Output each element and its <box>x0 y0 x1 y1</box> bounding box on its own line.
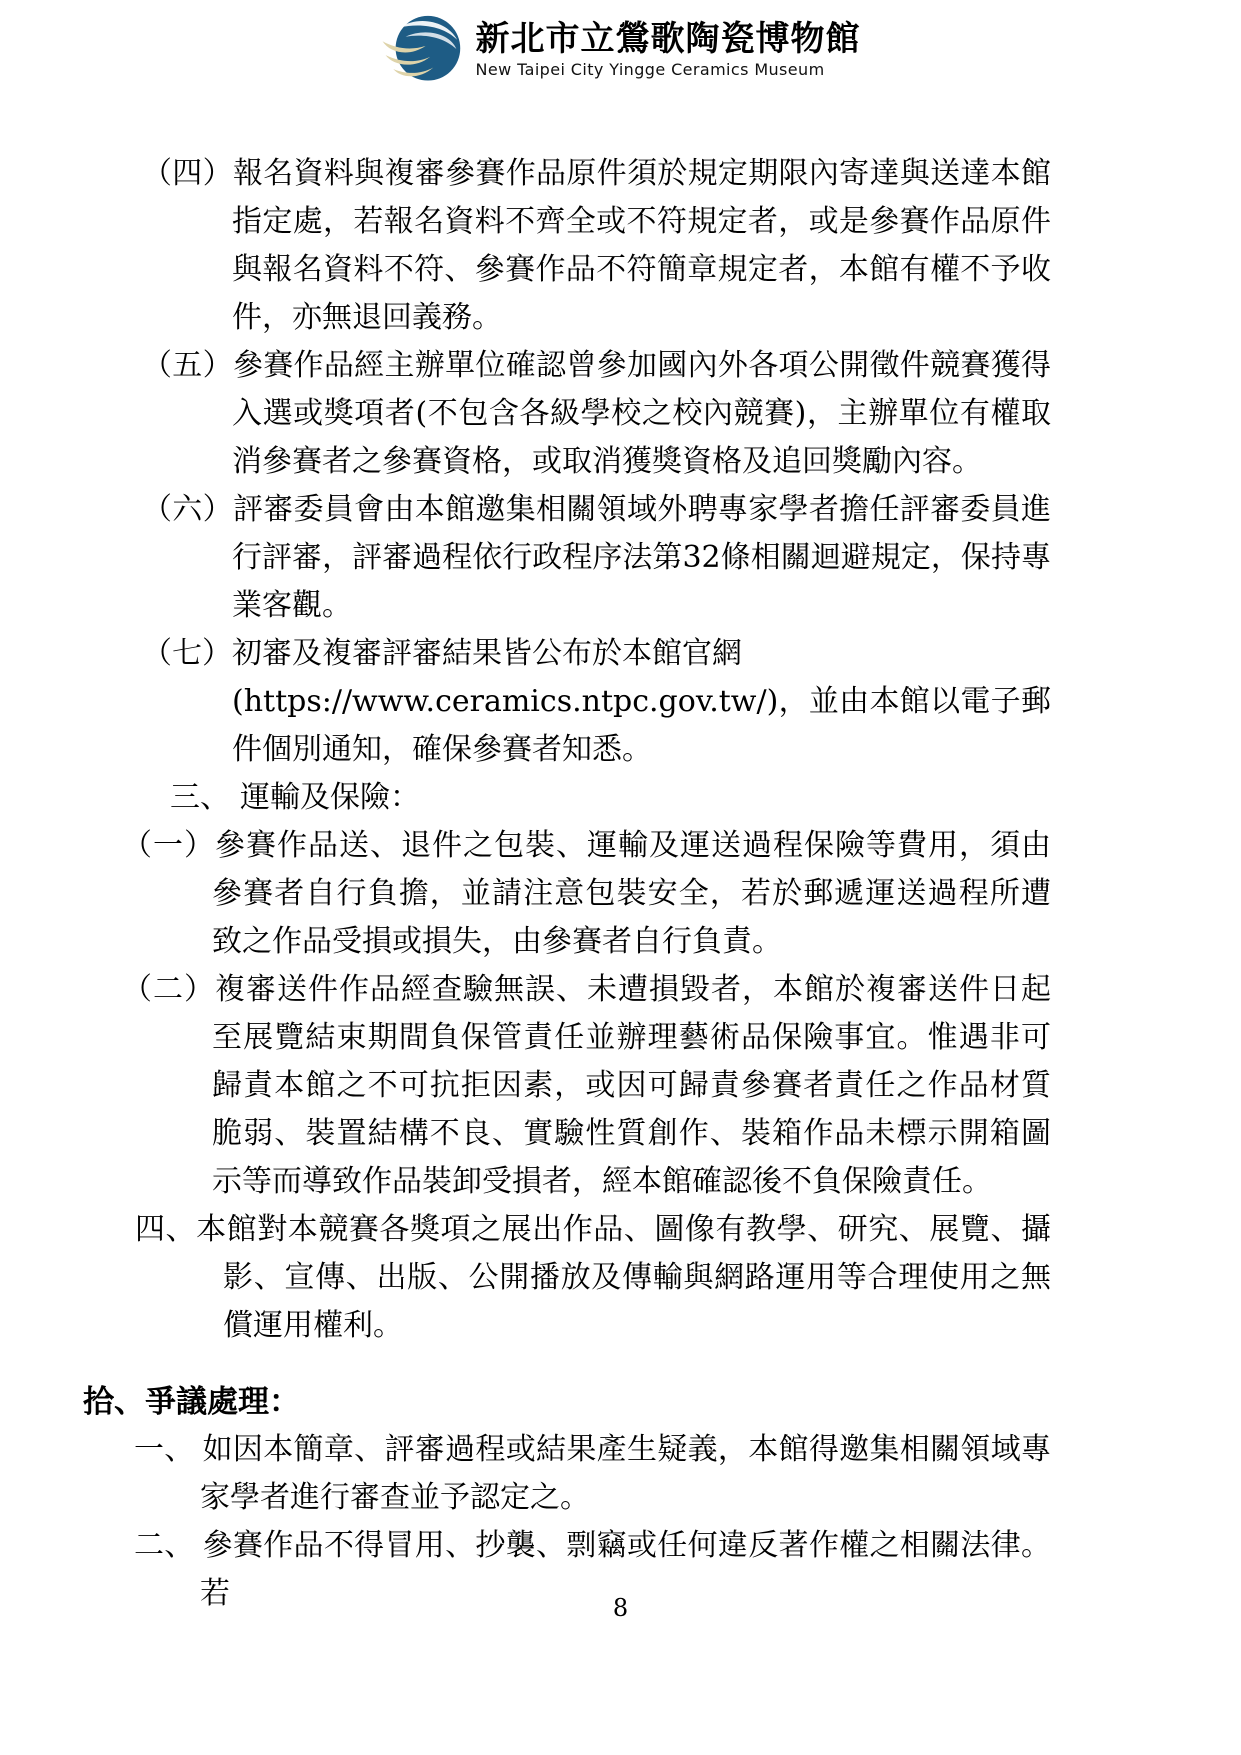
document-body: （四）報名資料與複審參賽作品原件須於規定期限內寄達與送達本館指定處，若報名資料不… <box>0 150 1241 1618</box>
item-text: 如因本簡章、評審過程或結果產生疑義，本館得邀集相關領域專家學者進行審查並予認定之… <box>200 1432 1051 1515</box>
item-marker: （七） <box>142 636 232 671</box>
item-marker: （二） <box>122 972 215 1007</box>
heading-marker: 拾、 <box>83 1384 145 1420</box>
page-number: 8 <box>0 1593 1241 1623</box>
para-item-1: （一）參賽作品送、退件之包裝、運輸及運送過程保險等費用，須由參賽者自行負擔，並請… <box>0 822 1241 966</box>
museum-title-zh: 新北市立鶯歌陶瓷博物館 <box>476 19 861 59</box>
museum-title-en: New Taipei City Yingge Ceramics Museum <box>476 60 825 79</box>
item-marker: 二、 <box>134 1528 195 1563</box>
item-marker: （一） <box>122 828 215 863</box>
para-dispute-1: 一、如因本簡章、評審過程或結果產生疑義，本館得邀集相關領域專家學者進行審查並予認… <box>0 1426 1241 1522</box>
item-text: 複審送件作品經查驗無誤、未遭損毀者，本館於複審送件日起至展覽結束期間負保管責任並… <box>212 972 1051 1199</box>
museum-globe-logo-icon <box>381 12 461 86</box>
item-marker: 一、 <box>134 1432 195 1467</box>
item-text: 報名資料與複審參賽作品原件須於規定期限內寄達與送達本館指定處，若報名資料不齊全或… <box>232 156 1051 335</box>
item-text: 評審委員會由本館邀集相關領域外聘專家學者擔任評審委員進行評審，評審過程依行政程序… <box>232 492 1051 623</box>
heading-dispute-handling: 拾、爭議處理： <box>0 1378 1241 1426</box>
para-item-2: （二）複審送件作品經查驗無誤、未遭損毀者，本館於複審送件日起至展覽結束期間負保管… <box>0 966 1241 1206</box>
museum-titles: 新北市立鶯歌陶瓷博物館 New Taipei City Yingge Ceram… <box>476 19 861 79</box>
item-text: 運輸及保險： <box>240 780 420 815</box>
para-item-5: （五）參賽作品經主辦單位確認曾參加國內外各項公開徵件競賽獲得入選或獎項者(不包含… <box>0 342 1241 486</box>
item-marker: 四、 <box>135 1212 196 1247</box>
item-marker: 三、 <box>170 780 230 815</box>
item-marker: （五） <box>142 348 233 383</box>
item-text: 參賽作品經主辦單位確認曾參加國內外各項公開徵件競賽獲得入選或獎項者(不包含各級學… <box>232 348 1051 479</box>
para-section-3-transport: 三、運輸及保險： <box>0 774 1241 822</box>
para-section-4-rights: 四、本館對本競賽各獎項之展出作品、圖像有教學、研究、展覽、攝影、宣傳、出版、公開… <box>0 1206 1241 1350</box>
para-item-4: （四）報名資料與複審參賽作品原件須於規定期限內寄達與送達本館指定處，若報名資料不… <box>0 150 1241 342</box>
item-text: 參賽作品送、退件之包裝、運輸及運送過程保險等費用，須由參賽者自行負擔，並請注意包… <box>212 828 1051 959</box>
item-marker: （六） <box>142 492 233 527</box>
document-page: 新北市立鶯歌陶瓷博物館 New Taipei City Yingge Ceram… <box>0 0 1241 1755</box>
item-marker: （四） <box>142 156 233 191</box>
para-item-6: （六）評審委員會由本館邀集相關領域外聘專家學者擔任評審委員進行評審，評審過程依行… <box>0 486 1241 630</box>
heading-text: 爭議處理： <box>145 1384 300 1420</box>
museum-header: 新北市立鶯歌陶瓷博物館 New Taipei City Yingge Ceram… <box>0 12 1241 86</box>
item-text-with-url: 初審及複審評審結果皆公布於本館官網 (https://www.ceramics.… <box>232 636 1051 767</box>
item-text: 本館對本競賽各獎項之展出作品、圖像有教學、研究、展覽、攝影、宣傳、出版、公開播放… <box>196 1212 1051 1343</box>
para-item-7: （七）初審及複審評審結果皆公布於本館官網 (https://www.cerami… <box>0 630 1241 774</box>
